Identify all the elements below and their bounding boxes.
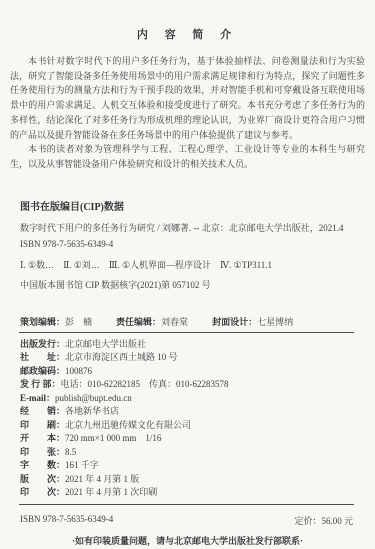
- cip-header: 图书在版编目(CIP)数据: [20, 198, 357, 213]
- address-row: 社 址：北京市海淀区西土城路 10 号: [20, 351, 357, 365]
- sales-row: 经 销：各地新华书店: [20, 405, 357, 419]
- summary-paragraph-1: 本书针对数字时代下的用户多任务行为，基于体验抽样法、问卷测量法和行为实验法，研究…: [10, 54, 365, 142]
- cip-classification: Ⅰ. ①数… Ⅱ. ①刘… Ⅲ. ①人机界面—程序设计 Ⅳ. ①TP311.1: [20, 258, 357, 271]
- planning-editor-label: 策划编辑：: [20, 317, 65, 327]
- cip-title-line: 数字时代下用户的多任务行为研究 / 刘娜著. -- 北京：北京邮电大学出版社，2…: [20, 221, 357, 234]
- footer-row: ISBN 978-7-5635-6349-4 定价：56.00 元: [20, 514, 353, 527]
- printing-row: 印 次：2021 年 4 月第 1 次印刷: [20, 486, 357, 500]
- footer-isbn: ISBN 978-7-5635-6349-4: [20, 514, 113, 527]
- editors-row: 策划编辑：彭 楠 责任编辑：刘春棠 封面设计：七星博纳: [20, 315, 357, 328]
- postcode-row: 邮政编码：100876: [20, 365, 357, 379]
- footer-price: 定价：56.00 元: [294, 514, 353, 527]
- divider-top: [19, 332, 354, 333]
- email-row: E-mail：publish@bupt.edu.cn: [20, 392, 357, 406]
- responsible-editor: 责任编辑：刘春棠: [116, 315, 188, 328]
- summary-title: 内 容 简 介: [8, 26, 367, 42]
- responsible-editor-value: 刘春棠: [161, 317, 188, 327]
- distribution-row: 发 行 部：电话：010-62282185 传真：010-62283578: [20, 378, 357, 392]
- book-copyright-page: 内 容 简 介 本书针对数字时代下的用户多任务行为，基于体验抽样法、问卷测量法和…: [0, 0, 375, 549]
- summary-paragraph-2: 本书的读者对象为管理科学与工程、工程心理学、工业设计等专业的本科生与研究生，以及…: [10, 142, 365, 171]
- format-row: 开 本：720 mm×1 000 mm 1/16: [20, 432, 357, 446]
- responsible-editor-label: 责任编辑：: [116, 317, 161, 327]
- cover-designer-value: 七星博纳: [257, 317, 293, 327]
- wordcount-row: 字 数：161 千字: [20, 459, 357, 473]
- cip-registry: 中国版本图书馆 CIP 数据核字(2021)第 057102 号: [20, 278, 357, 291]
- cip-isbn: ISBN 978-7-5635-6349-4: [20, 239, 357, 249]
- cover-designer: 封面设计：七星博纳: [212, 315, 293, 328]
- divider-bottom: [19, 504, 354, 505]
- publication-info: 出版发行：北京邮电大学出版社 社 址：北京市海淀区西土城路 10 号 邮政编码：…: [20, 338, 357, 500]
- printer-row: 印 刷：北京九州迅驰传媒文化有限公司: [20, 419, 357, 433]
- planning-editor-value: 彭 楠: [65, 317, 92, 327]
- cover-designer-label: 封面设计：: [212, 317, 257, 327]
- footer-note: ·如有印装质量问题，请与北京邮电大学出版社发行部联系·: [8, 534, 367, 547]
- cip-section: 图书在版编目(CIP)数据 数字时代下用户的多任务行为研究 / 刘娜著. -- …: [20, 198, 357, 291]
- publisher-row: 出版发行：北京邮电大学出版社: [20, 338, 357, 352]
- sheets-row: 印 张：8.5: [20, 446, 357, 460]
- planning-editor: 策划编辑：彭 楠: [20, 315, 92, 328]
- edition-row: 版 次：2021 年 4 月第 1 版: [20, 473, 357, 487]
